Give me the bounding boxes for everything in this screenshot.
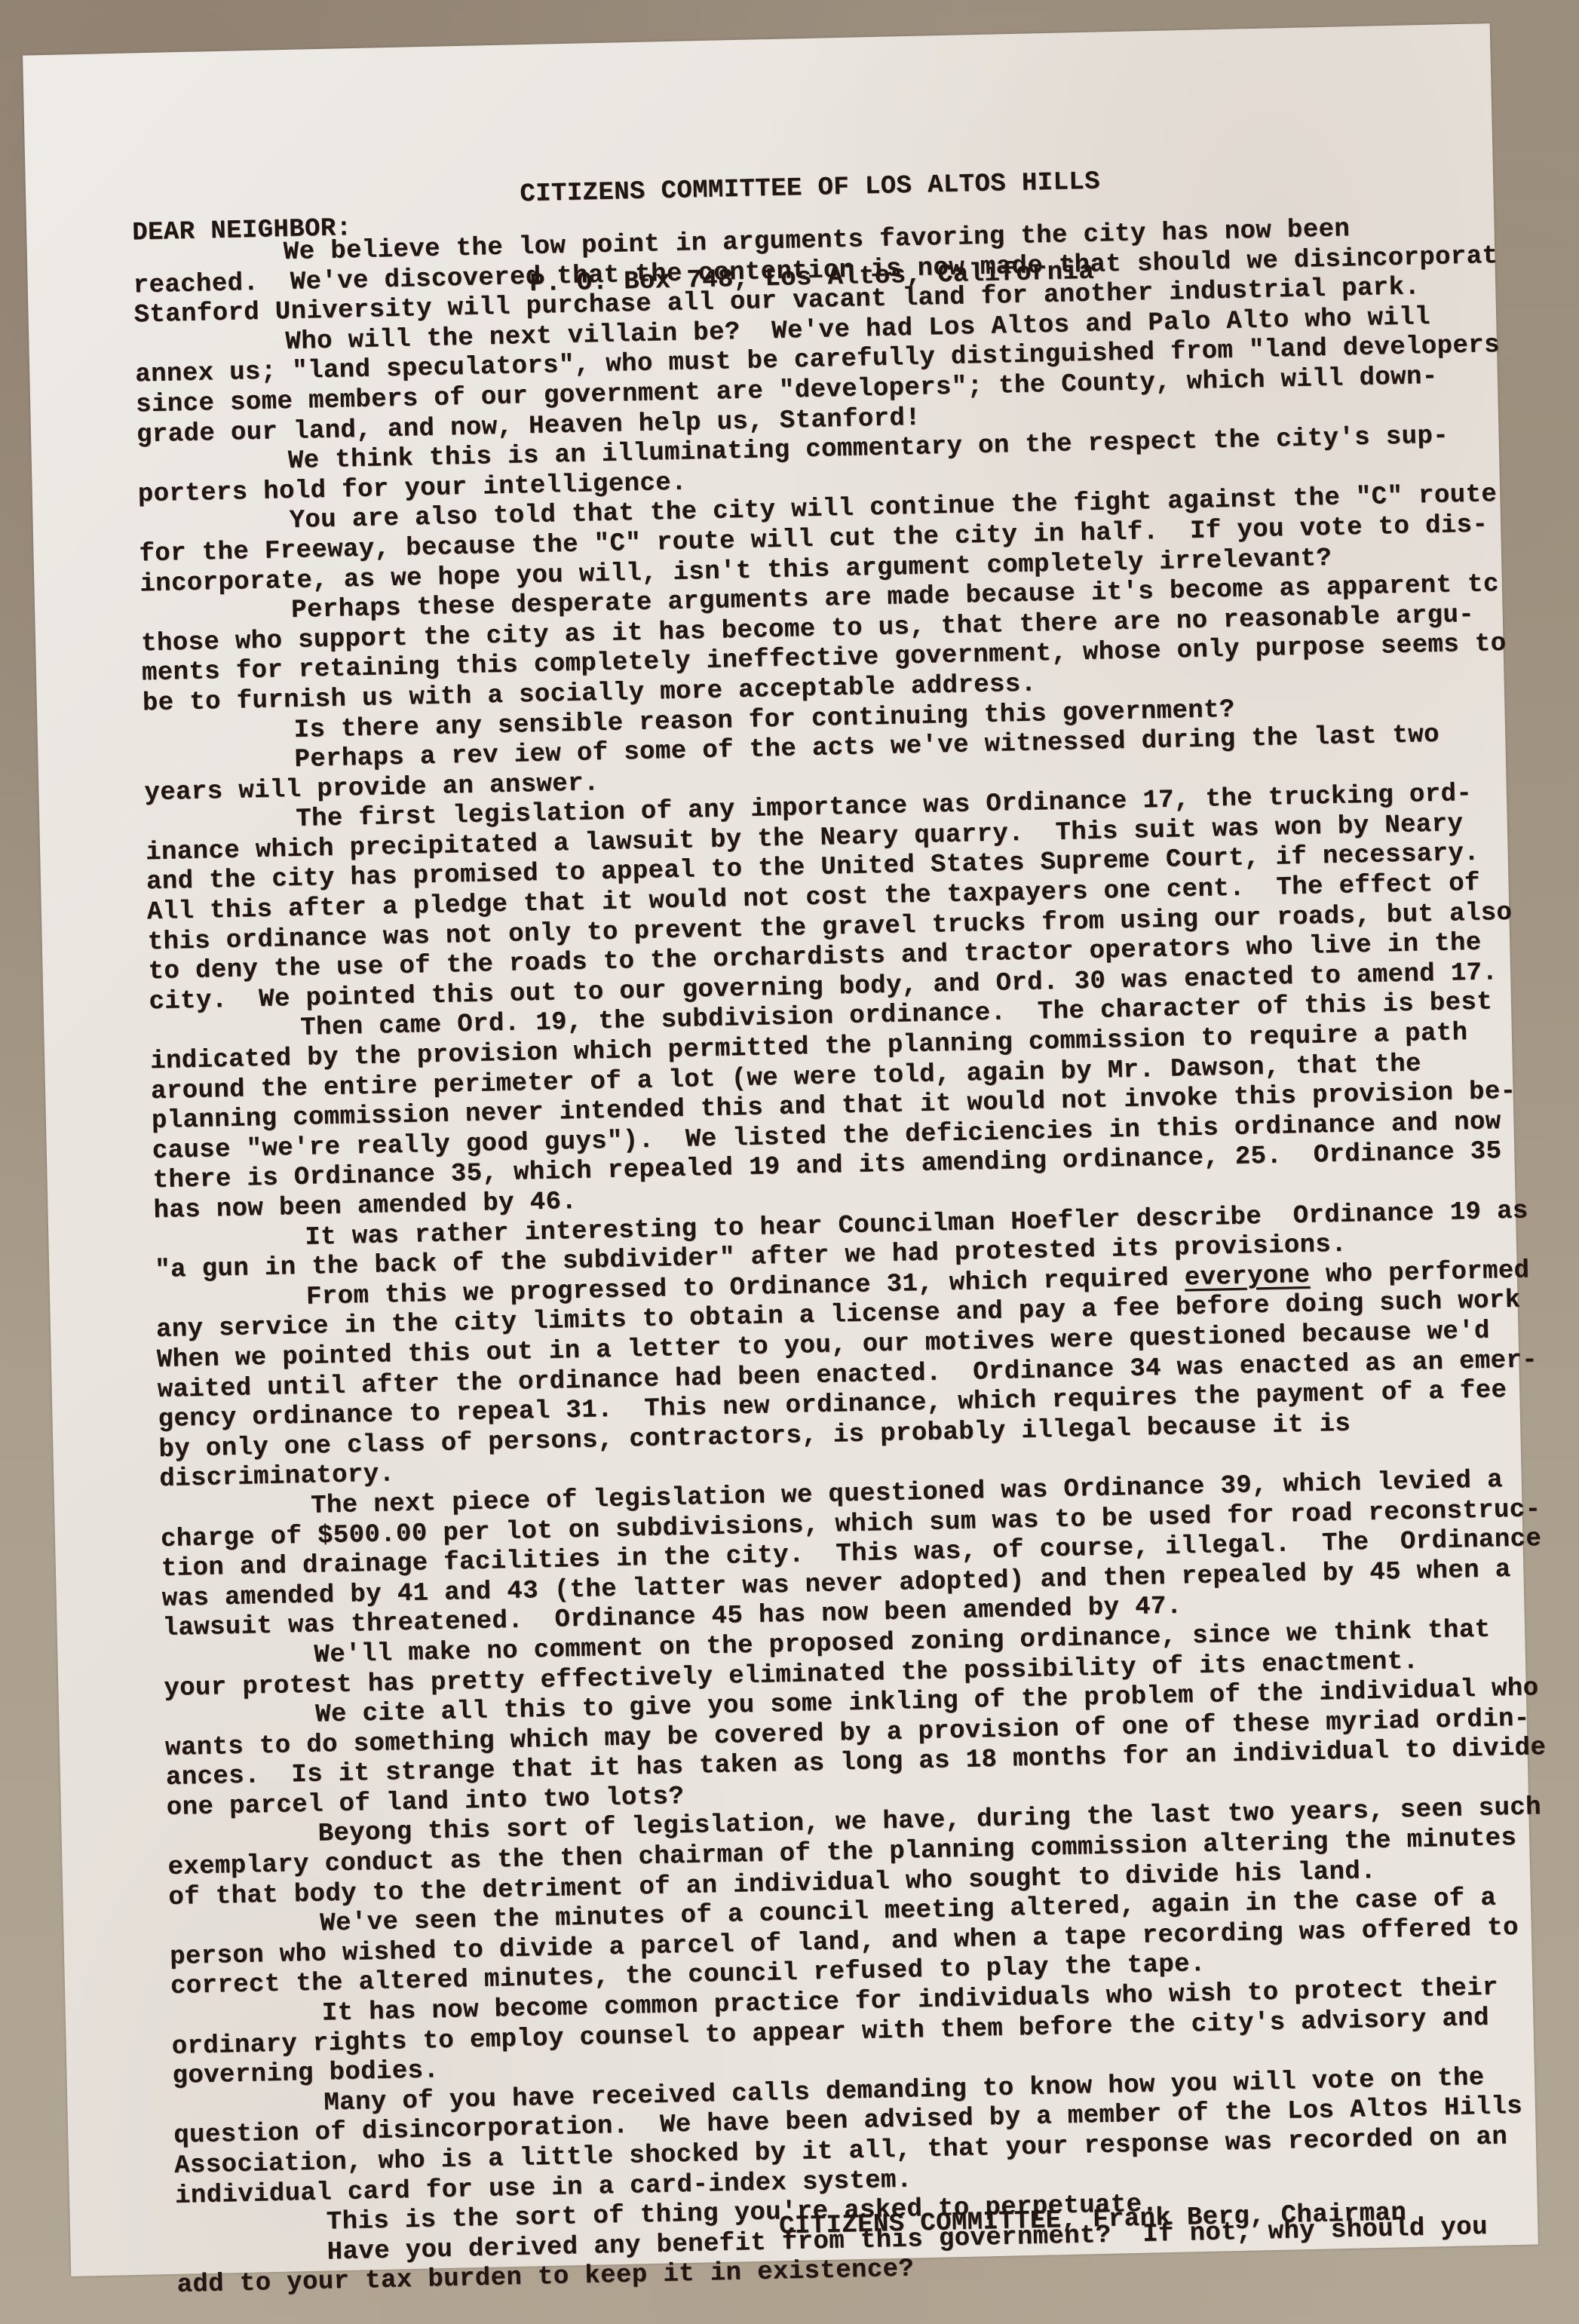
organization-name: CITIZENS COMMITTEE OF LOS ALTOS HILLS bbox=[478, 166, 1142, 210]
underlined-word: everyone bbox=[1184, 1262, 1310, 1293]
letter-page: CITIZENS COMMITTEE OF LOS ALTOS HILLS P.… bbox=[23, 23, 1538, 2276]
letter-body: We believe the low point in arguments fa… bbox=[133, 212, 1558, 2301]
typed-letter: CITIZENS COMMITTEE OF LOS ALTOS HILLS P.… bbox=[129, 69, 1475, 277]
